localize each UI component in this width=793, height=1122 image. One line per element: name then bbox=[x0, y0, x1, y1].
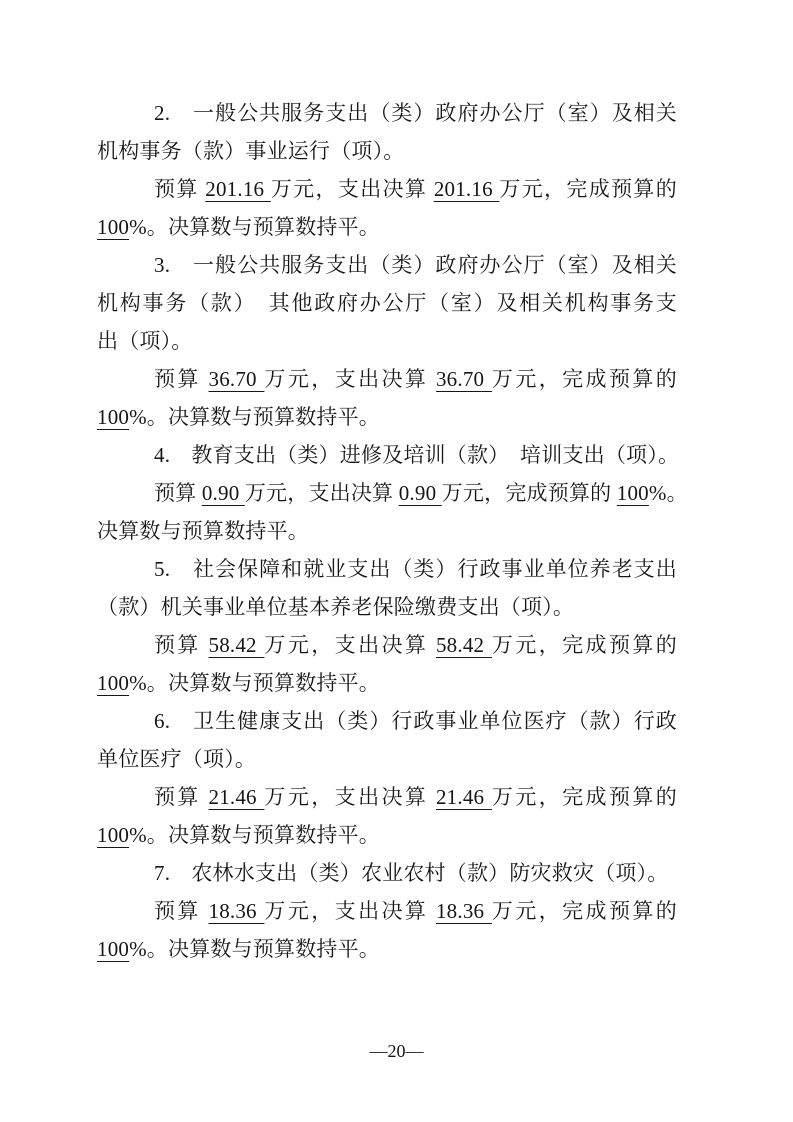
underlined-value: 201.16 bbox=[434, 177, 500, 201]
text-line: 7. 农林水支出（类）农业农村（款）防灾救灾（项）。 bbox=[97, 854, 677, 892]
item-7-budget: 预算 18.36 万元，支出决算 18.36 万元，完成预算的100%。决算数与… bbox=[97, 892, 677, 968]
text-line: 机构事务（款）事业运行（项）。 bbox=[97, 132, 677, 170]
underlined-value: 0.90 bbox=[399, 481, 442, 505]
text-segment: 万元，支出决算 bbox=[264, 367, 436, 391]
item-6-title: 6. 卫生健康支出（类）行政事业单位医疗（款）行政单位医疗（项）。 bbox=[97, 702, 677, 778]
text-line: 机构事务（款） 其他政府办公厅（室）及相关机构事务支 bbox=[97, 284, 677, 322]
underlined-value: 100 bbox=[617, 481, 649, 505]
text-line: 100%。决算数与预算数持平。 bbox=[97, 816, 677, 854]
text-line: 2. 一般公共服务支出（类）政府办公厅（室）及相关 bbox=[97, 94, 677, 132]
text-line: 预算 18.36 万元，支出决算 18.36 万元，完成预算的 bbox=[97, 892, 677, 930]
text-segment: 万元，完成预算的 bbox=[492, 785, 677, 809]
text-segment: %。决算数与预算数持平。 bbox=[129, 215, 380, 239]
text-line: 决算数与预算数持平。 bbox=[97, 512, 677, 550]
underlined-value: 100 bbox=[97, 937, 129, 961]
text-line: 100%。决算数与预算数持平。 bbox=[97, 208, 677, 246]
item-2-budget: 预算 201.16 万元，支出决算 201.16 万元，完成预算的100%。决算… bbox=[97, 170, 677, 246]
text-segment: 预算 bbox=[154, 785, 209, 809]
text-segment: 预算 bbox=[154, 367, 209, 391]
text-segment: %。决算数与预算数持平。 bbox=[129, 671, 380, 695]
text-segment: 7. 农林水支出（类）农业农村（款）防灾救灾（项）。 bbox=[154, 861, 668, 885]
text-segment: 万元，完成预算的 bbox=[492, 633, 677, 657]
text-segment: %。决算数与预算数持平。 bbox=[129, 823, 380, 847]
text-segment: 2. 一般公共服务支出（类）政府办公厅（室）及相关 bbox=[154, 101, 677, 125]
text-line: 预算 201.16 万元，支出决算 201.16 万元，完成预算的 bbox=[97, 170, 677, 208]
text-segment: 万元，完成预算的 bbox=[492, 367, 677, 391]
text-line: 3. 一般公共服务支出（类）政府办公厅（室）及相关 bbox=[97, 246, 677, 284]
text-segment: 预算 bbox=[154, 899, 209, 923]
text-line: 100%。决算数与预算数持平。 bbox=[97, 664, 677, 702]
text-segment: 万元，完成预算的 bbox=[492, 899, 677, 923]
text-segment: 万元，支出决算 bbox=[245, 481, 399, 505]
text-line: 单位医疗（项）。 bbox=[97, 740, 677, 778]
underlined-value: 36.70 bbox=[436, 367, 492, 391]
text-segment: 单位医疗（项）。 bbox=[97, 747, 256, 771]
text-segment: %。 bbox=[649, 481, 688, 505]
text-segment: 6. 卫生健康支出（类）行政事业单位医疗（款）行政 bbox=[154, 709, 677, 733]
text-segment: 3. 一般公共服务支出（类）政府办公厅（室）及相关 bbox=[154, 253, 677, 277]
text-segment: 万元，支出决算 bbox=[264, 785, 436, 809]
text-segment: （款）机关事业单位基本养老保险缴费支出（项）。 bbox=[97, 595, 574, 619]
text-segment: 机构事务（款）事业运行（项）。 bbox=[97, 139, 405, 163]
text-segment: 预算 bbox=[154, 633, 209, 657]
item-3-title: 3. 一般公共服务支出（类）政府办公厅（室）及相关机构事务（款） 其他政府办公厅… bbox=[97, 246, 677, 360]
text-segment: %。决算数与预算数持平。 bbox=[129, 937, 380, 961]
page-number: —20— bbox=[0, 1039, 793, 1063]
underlined-value: 36.70 bbox=[209, 367, 265, 391]
text-line: 出（项）。 bbox=[97, 322, 677, 360]
item-5-budget: 预算 58.42 万元，支出决算 58.42 万元，完成预算的100%。决算数与… bbox=[97, 626, 677, 702]
text-segment: 万元，完成预算的 bbox=[442, 481, 617, 505]
item-7-title: 7. 农林水支出（类）农业农村（款）防灾救灾（项）。 bbox=[97, 854, 677, 892]
text-segment: %。决算数与预算数持平。 bbox=[129, 405, 380, 429]
underlined-value: 0.90 bbox=[202, 481, 245, 505]
underlined-value: 58.42 bbox=[436, 633, 492, 657]
underlined-value: 100 bbox=[97, 671, 129, 695]
text-line: 预算 21.46 万元，支出决算 21.46 万元，完成预算的 bbox=[97, 778, 677, 816]
text-line: 5. 社会保障和就业支出（类）行政事业单位养老支出 bbox=[97, 550, 677, 588]
text-segment: 5. 社会保障和就业支出（类）行政事业单位养老支出 bbox=[154, 557, 677, 581]
item-2-title: 2. 一般公共服务支出（类）政府办公厅（室）及相关机构事务（款）事业运行（项）。 bbox=[97, 94, 677, 170]
underlined-value: 21.46 bbox=[436, 785, 492, 809]
underlined-value: 100 bbox=[97, 823, 129, 847]
text-line: 100%。决算数与预算数持平。 bbox=[97, 398, 677, 436]
text-segment: 4. 教育支出（类）进修及培训（款） 培训支出（项）。 bbox=[154, 443, 679, 467]
underlined-value: 201.16 bbox=[205, 177, 271, 201]
text-segment: 机构事务（款） 其他政府办公厅（室）及相关机构事务支 bbox=[97, 291, 677, 315]
item-6-budget: 预算 21.46 万元，支出决算 21.46 万元，完成预算的100%。决算数与… bbox=[97, 778, 677, 854]
item-4-title: 4. 教育支出（类）进修及培训（款） 培训支出（项）。 bbox=[97, 436, 677, 474]
text-segment: 预算 bbox=[154, 481, 202, 505]
underlined-value: 21.46 bbox=[209, 785, 265, 809]
text-segment: 出（项）。 bbox=[97, 329, 193, 353]
text-segment: 预算 bbox=[154, 177, 205, 201]
text-line: （款）机关事业单位基本养老保险缴费支出（项）。 bbox=[97, 588, 677, 626]
text-line: 预算 58.42 万元，支出决算 58.42 万元，完成预算的 bbox=[97, 626, 677, 664]
text-line: 预算 0.90 万元，支出决算 0.90 万元，完成预算的 100%。 bbox=[97, 474, 677, 512]
underlined-value: 100 bbox=[97, 405, 129, 429]
document-page: 2. 一般公共服务支出（类）政府办公厅（室）及相关机构事务（款）事业运行（项）。… bbox=[0, 0, 793, 1122]
underlined-value: 58.42 bbox=[209, 633, 265, 657]
text-segment: 万元，支出决算 bbox=[264, 633, 436, 657]
text-segment: 万元，支出决算 bbox=[271, 177, 434, 201]
text-segment: 决算数与预算数持平。 bbox=[97, 519, 309, 543]
item-3-budget: 预算 36.70 万元，支出决算 36.70 万元，完成预算的100%。决算数与… bbox=[97, 360, 677, 436]
text-segment: 万元，完成预算的 bbox=[499, 177, 677, 201]
underlined-value: 18.36 bbox=[436, 899, 492, 923]
underlined-value: 100 bbox=[97, 215, 129, 239]
item-5-title: 5. 社会保障和就业支出（类）行政事业单位养老支出（款）机关事业单位基本养老保险… bbox=[97, 550, 677, 626]
text-line: 预算 36.70 万元，支出决算 36.70 万元，完成预算的 bbox=[97, 360, 677, 398]
text-line: 6. 卫生健康支出（类）行政事业单位医疗（款）行政 bbox=[97, 702, 677, 740]
item-4-budget: 预算 0.90 万元，支出决算 0.90 万元，完成预算的 100%。决算数与预… bbox=[97, 474, 677, 550]
text-line: 100%。决算数与预算数持平。 bbox=[97, 930, 677, 968]
text-line: 4. 教育支出（类）进修及培训（款） 培训支出（项）。 bbox=[97, 436, 677, 474]
document-body: 2. 一般公共服务支出（类）政府办公厅（室）及相关机构事务（款）事业运行（项）。… bbox=[97, 94, 677, 968]
text-segment: 万元，支出决算 bbox=[264, 899, 436, 923]
underlined-value: 18.36 bbox=[209, 899, 265, 923]
